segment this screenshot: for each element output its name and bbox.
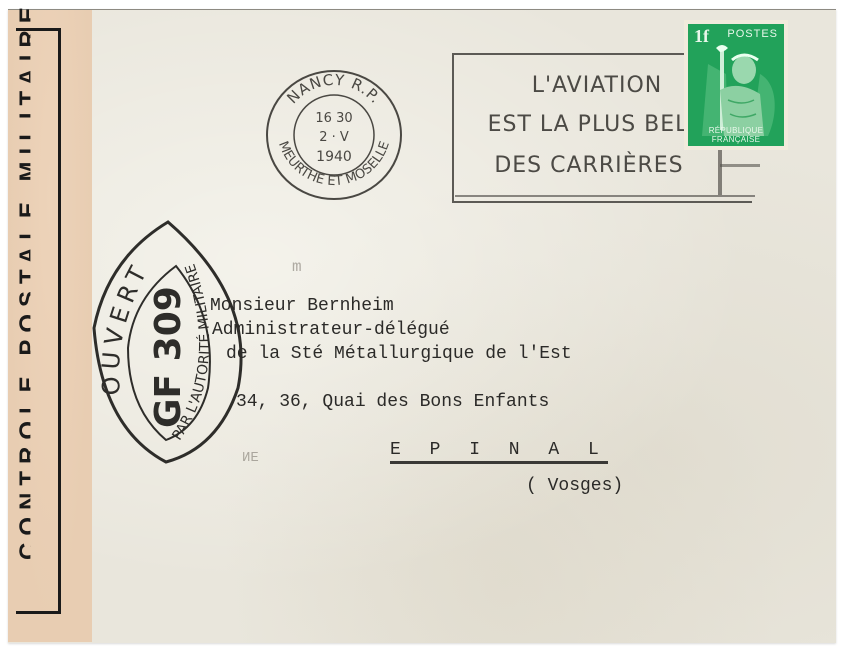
postmark-top-arc: NANCY R.P. <box>283 71 385 108</box>
censor-code: GF 309 <box>148 286 189 428</box>
svg-text:OUVERT: OUVERT <box>97 257 155 396</box>
censor-mark: OUVERT PAR L'AUTORITÉ MILITAIRE GF 309 <box>88 218 248 466</box>
address-city: E P I N A L <box>390 440 608 464</box>
address-region: ( Vosges) <box>526 476 623 496</box>
circular-postmark: NANCY R.P. MEURTHE ET MOSELLE 16 30 2 · … <box>265 68 403 202</box>
stamp-postes-label: POSTES <box>727 28 778 40</box>
svg-text:NANCY R.P.: NANCY R.P. <box>283 71 385 108</box>
address-line-1: Monsieur Bernheim <box>210 296 394 316</box>
iris-figure-icon <box>698 44 778 136</box>
postmark-year: 1940 <box>316 149 352 165</box>
cancel-bar <box>720 164 760 167</box>
postmark-time: 16 30 <box>315 111 352 126</box>
postage-stamp: 1f POSTES RÉPUBLIQUE FRANÇAISE <box>684 20 788 150</box>
faint-mark: ИЕ <box>242 450 259 466</box>
address-line-3: de la Sté Métallurgique de l'Est <box>226 344 572 364</box>
address-line-2: Administrateur-délégué <box>212 320 450 340</box>
slogan-line-3: DES CARRIÈRES <box>464 153 714 178</box>
censor-ouvert-text: OUVERT <box>97 257 155 396</box>
postmark-date: 2 · V <box>319 130 349 145</box>
faint-mark: m <box>292 258 302 276</box>
address-line-4: 34, 36, Quai des Bons Enfants <box>236 392 549 412</box>
cancel-bar <box>718 150 722 195</box>
stamp-country: RÉPUBLIQUE FRANÇAISE <box>688 126 784 144</box>
cancel-bar <box>455 195 755 197</box>
